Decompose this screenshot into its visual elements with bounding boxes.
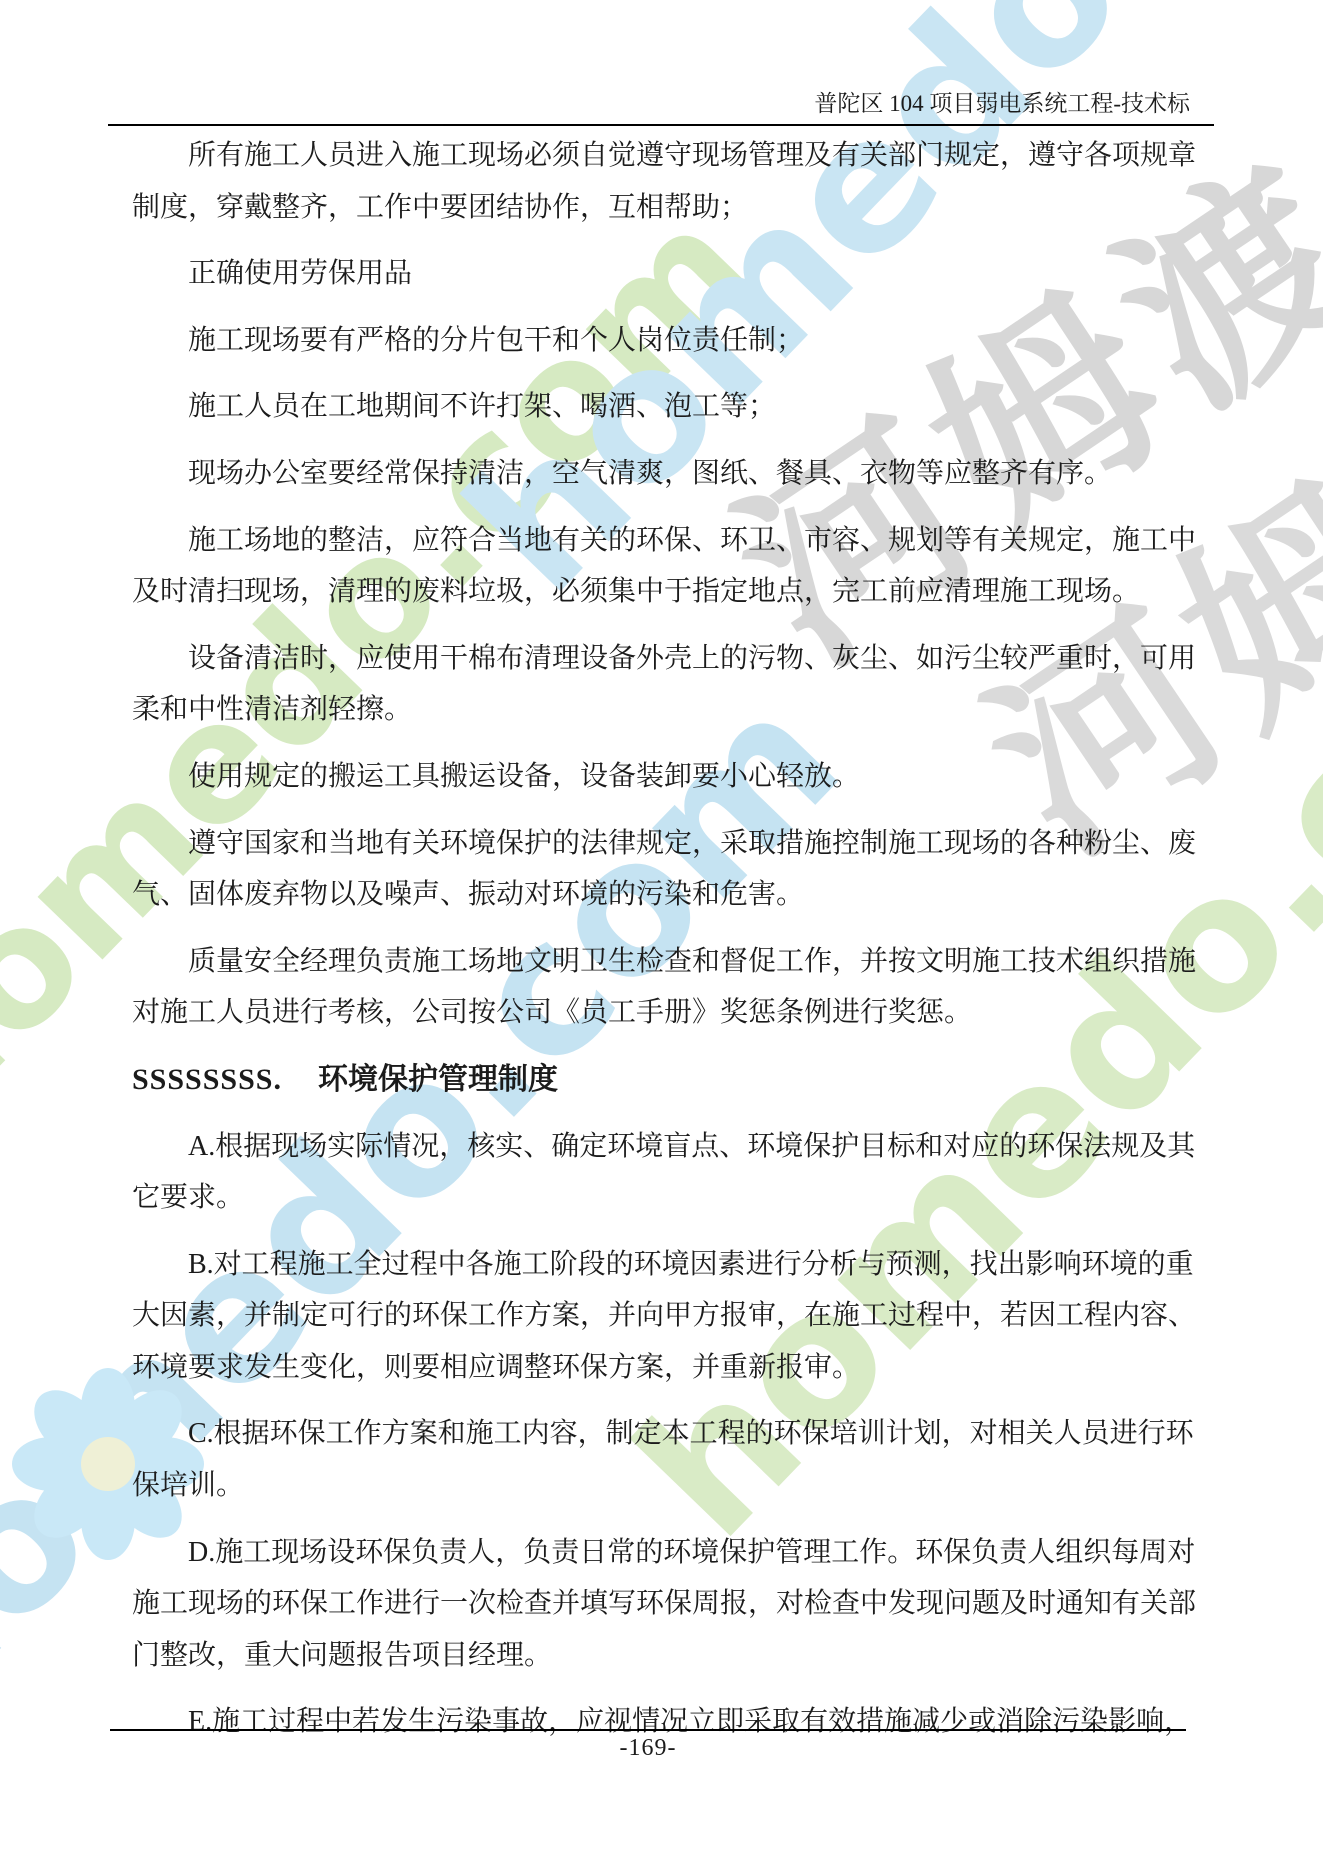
paragraph: 施工人员在工地期间不许打架、喝酒、泡工等；	[132, 381, 1190, 433]
paragraph: B.对工程施工全过程中各施工阶段的环境因素进行分析与预测，找出影响环境的重 大因…	[132, 1239, 1190, 1394]
section-heading-title: 环境保护管理制度	[318, 1063, 558, 1096]
text-line: 门整改，重大问题报告项目经理。	[132, 1630, 1190, 1682]
text-line: C.根据环保工作方案和施工内容，制定本工程的环保培训计划，对相关人员进行环	[132, 1408, 1190, 1460]
page-footer: -169-	[110, 1729, 1186, 1762]
text-line: B.对工程施工全过程中各施工阶段的环境因素进行分析与预测，找出影响环境的重	[132, 1239, 1190, 1291]
text-line: 它要求。	[132, 1172, 1190, 1224]
paragraph: C.根据环保工作方案和施工内容，制定本工程的环保培训计划，对相关人员进行环 保培…	[132, 1408, 1190, 1511]
paragraph: A.根据现场实际情况，核实、确定环境盲点、环境保护目标和对应的环保法规及其 它要…	[132, 1121, 1190, 1224]
paragraph: 质量安全经理负责施工场地文明卫生检查和督促工作，并按文明施工技术组织措施 对施工…	[132, 936, 1190, 1039]
paragraph: 使用规定的搬运工具搬运设备，设备装卸要小心轻放。	[132, 751, 1190, 803]
page-number: -169-	[110, 1735, 1186, 1762]
text-line: 遵守国家和当地有关环境保护的法律规定，采取措施控制施工现场的各种粉尘、废	[132, 818, 1190, 870]
paragraph: D.施工现场设环保负责人，负责日常的环境保护管理工作。环保负责人组织每周对 施工…	[132, 1527, 1190, 1682]
text-line: 使用规定的搬运工具搬运设备，设备装卸要小心轻放。	[132, 751, 1190, 803]
section-heading: SSSSSSSS.环境保护管理制度	[132, 1054, 1190, 1106]
paragraph: 设备清洁时，应使用干棉布清理设备外壳上的污物、灰尘、如污尘较严重时，可用 柔和中…	[132, 633, 1190, 736]
paragraph: 施工场地的整洁，应符合当地有关的环保、环卫、市容、规划等有关规定，施工中 及时清…	[132, 515, 1190, 618]
text-line: 质量安全经理负责施工场地文明卫生检查和督促工作，并按文明施工技术组织措施	[132, 936, 1190, 988]
text-line: 大因素，并制定可行的环保工作方案，并向甲方报审，在施工过程中，若因工程内容、	[132, 1290, 1190, 1342]
paragraph: 遵守国家和当地有关环境保护的法律规定，采取措施控制施工现场的各种粉尘、废 气、固…	[132, 818, 1190, 921]
text-line: 施工人员在工地期间不许打架、喝酒、泡工等；	[132, 381, 1190, 433]
paragraph: 施工现场要有严格的分片包干和个人岗位责任制；	[132, 315, 1190, 367]
paragraph: 现场办公室要经常保持清洁，空气清爽，图纸、餐具、衣物等应整齐有序。	[132, 448, 1190, 500]
document-body: 所有施工人员进入施工现场必须自觉遵守现场管理及有关部门规定，遵守各项规章 制度，…	[132, 130, 1190, 1763]
text-line: 所有施工人员进入施工现场必须自觉遵守现场管理及有关部门规定，遵守各项规章	[132, 130, 1190, 182]
text-line: A.根据现场实际情况，核实、确定环境盲点、环境保护目标和对应的环保法规及其	[132, 1121, 1190, 1173]
section-heading-number: SSSSSSSS.	[132, 1063, 282, 1096]
text-line: 正确使用劳保用品	[132, 248, 1190, 300]
text-line: D.施工现场设环保负责人，负责日常的环境保护管理工作。环保负责人组织每周对	[132, 1527, 1190, 1579]
text-line: 施工场地的整洁，应符合当地有关的环保、环卫、市容、规划等有关规定，施工中	[132, 515, 1190, 567]
paragraph: 正确使用劳保用品	[132, 248, 1190, 300]
header-title: 普陀区 104 项目弱电系统工程-技术标	[814, 85, 1190, 118]
text-line: 施工现场的环保工作进行一次检查并填写环保周报，对检查中发现问题及时通知有关部	[132, 1578, 1190, 1630]
text-line: 气、固体废弃物以及噪声、振动对环境的污染和危害。	[132, 869, 1190, 921]
text-line: 环境要求发生变化，则要相应调整环保方案，并重新报审。	[132, 1342, 1190, 1394]
text-line: 对施工人员进行考核，公司按公司《员工手册》奖惩条例进行奖惩。	[132, 987, 1190, 1039]
text-line: 现场办公室要经常保持清洁，空气清爽，图纸、餐具、衣物等应整齐有序。	[132, 448, 1190, 500]
text-line: 保培训。	[132, 1460, 1190, 1512]
text-line: 设备清洁时，应使用干棉布清理设备外壳上的污物、灰尘、如污尘较严重时，可用	[132, 633, 1190, 685]
text-line: 及时清扫现场，清理的废料垃圾，必须集中于指定地点，完工前应清理施工现场。	[132, 566, 1190, 618]
document-page: homedo.com homedo.com homedo.com homedo.…	[0, 0, 1323, 1872]
text-line: 施工现场要有严格的分片包干和个人岗位责任制；	[132, 315, 1190, 367]
text-line: 制度，穿戴整齐，工作中要团结协作，互相帮助；	[132, 182, 1190, 234]
text-line: 柔和中性清洁剂轻擦。	[132, 684, 1190, 736]
page-header: 普陀区 104 项目弱电系统工程-技术标	[108, 0, 1214, 126]
paragraph: 所有施工人员进入施工现场必须自觉遵守现场管理及有关部门规定，遵守各项规章 制度，…	[132, 130, 1190, 233]
